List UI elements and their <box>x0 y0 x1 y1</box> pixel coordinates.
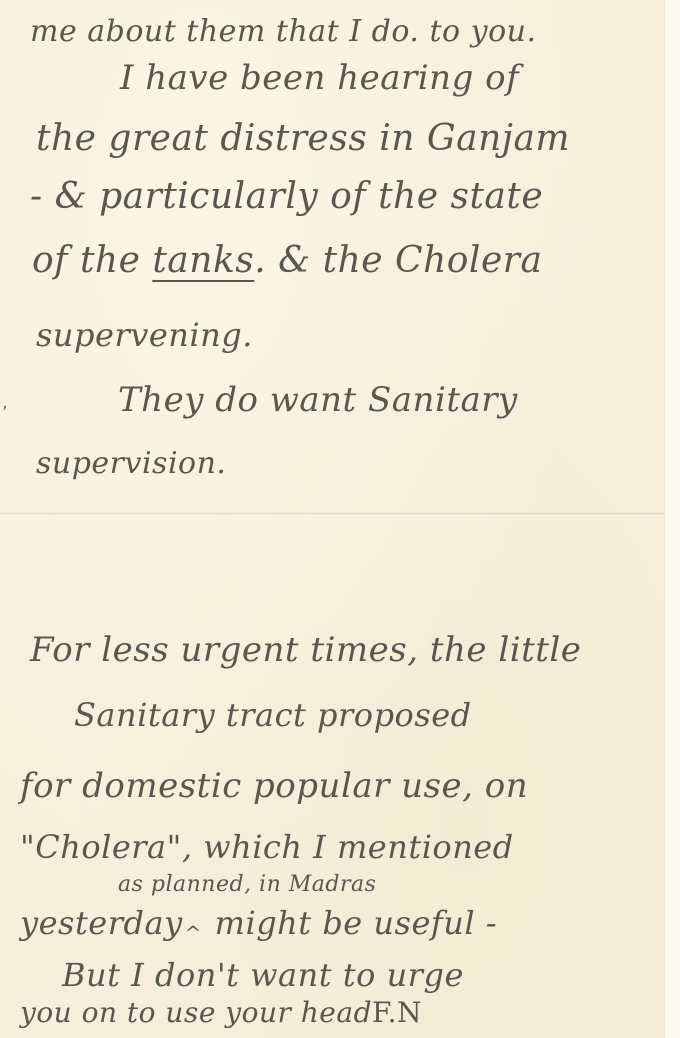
letter-line-11: for domestic popular use, on <box>20 766 528 806</box>
signature-initials: F.N <box>372 996 422 1029</box>
paper-right-edge <box>664 0 680 1038</box>
letter-line-1: me about them that I do. to you. <box>30 14 537 49</box>
letter-line-4: - & particularly of the state <box>30 176 543 217</box>
letter-line-6: supervening. <box>36 316 253 354</box>
letter-line-3: the great distress in Ganjam <box>36 118 570 159</box>
letter-line-14: But I don't want to urge <box>62 956 464 994</box>
letter-line-12: "Cholera", which I mentioned <box>20 828 514 866</box>
letter-line-9: For less urgent times, the little <box>30 630 581 670</box>
inserted-text-above-line: as planned, in Madras <box>118 872 376 897</box>
line-5-end: . & the Cholera <box>254 240 542 281</box>
underlined-word-tanks: tanks <box>152 240 254 281</box>
letter-line-13: yesterday^ might be useful - <box>20 904 497 945</box>
letter-page: me about them that I do. to you. I have … <box>0 0 664 1038</box>
letter-line-5: of the tanks. & the Cholera <box>32 240 542 281</box>
line-13-end: might be useful - <box>204 904 497 942</box>
letter-line-15: you on to use your headF.N <box>20 996 422 1029</box>
line-5-start: of the <box>32 240 152 281</box>
paper-fold-crease <box>0 512 664 517</box>
line-13-start: yesterday <box>20 904 183 942</box>
insertion-caret: ^ <box>185 921 202 945</box>
letter-line-10: Sanitary tract proposed <box>74 696 472 734</box>
letter-line-2: I have been hearing of <box>120 58 519 98</box>
letter-line-8: supervision. <box>36 446 226 481</box>
margin-mark: , <box>2 392 8 413</box>
line-15-text: you on to use your head <box>20 996 372 1029</box>
letter-line-7: They do want Sanitary <box>118 380 518 420</box>
